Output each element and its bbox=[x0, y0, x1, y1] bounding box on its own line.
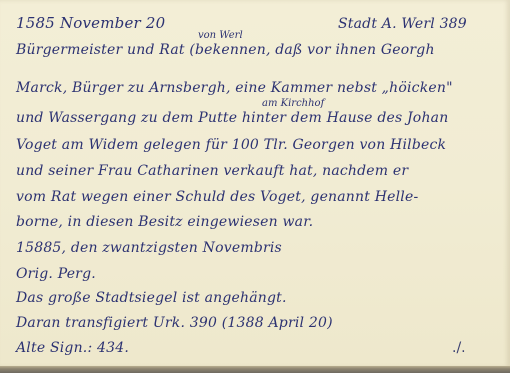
text-line-4: Voget am Widem gelegen für 100 Tlr. Geor… bbox=[16, 137, 446, 153]
text-line-original: Orig. Perg. bbox=[16, 266, 96, 282]
text-line-7: borne, in diesen Besitz eingewiesen war. bbox=[16, 214, 313, 230]
document-date: 1585 November 20 bbox=[16, 14, 165, 32]
text-line-transfix: Daran transfigiert Urk. 390 (1388 April … bbox=[16, 315, 333, 331]
text-line-5: und seiner Frau Catharinen verkauft hat,… bbox=[16, 163, 408, 179]
index-card: 1585 November 20 Stadt A. Werl 389 von W… bbox=[0, 0, 510, 367]
text-line-old-signature: Alte Sign.: 434. bbox=[16, 340, 129, 356]
archive-reference: Stadt A. Werl 389 bbox=[338, 16, 467, 32]
end-mark: ./. bbox=[452, 340, 466, 356]
text-line-6: vom Rat wegen einer Schuld des Voget, ge… bbox=[16, 189, 418, 205]
insertion-von-werl: von Werl bbox=[198, 30, 243, 41]
card-bottom-edge bbox=[0, 366, 510, 373]
text-line-3: und Wassergang zu dem Putte hinter dem H… bbox=[16, 110, 448, 126]
insertion-am-kirchhof: am Kirchhof bbox=[262, 98, 324, 109]
text-line-1: Bürgermeister und Rat (bekennen, daß vor… bbox=[16, 42, 435, 58]
text-line-seal: Das große Stadtsiegel ist angehängt. bbox=[16, 290, 287, 306]
text-line-date-written: 15885, den zwantzigsten Novembris bbox=[16, 240, 282, 256]
text-line-2: Marck, Bürger zu Arnsbergh, eine Kammer … bbox=[16, 80, 453, 96]
